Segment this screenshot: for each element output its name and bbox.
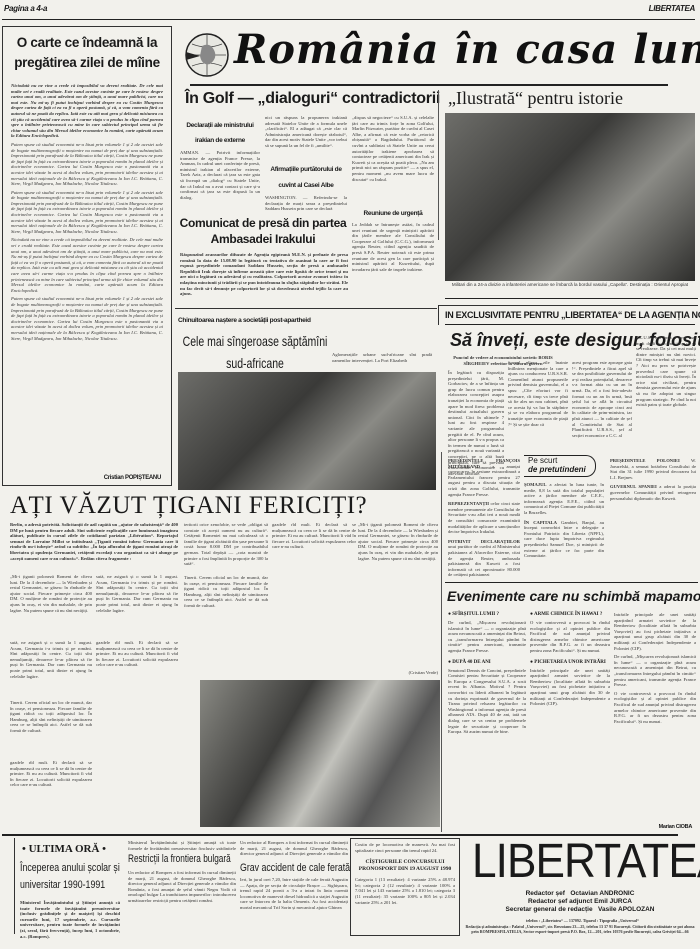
event-head: ● ARME CHIMICE ÎN HAWAI ? <box>530 612 610 617</box>
golf-sub-reuniune: Reuniune de urgență <box>352 210 434 217</box>
tigani-lead: Berlin, o adresă potrivită. Solicitanții… <box>10 522 178 561</box>
article-body: Putem spune că studiul economist ne-a lă… <box>11 142 163 187</box>
tigani-col2b: gazdele rîd mult. Ei declară să se mulțu… <box>96 640 178 668</box>
ilustrata-caption: Militari din a 24-a divizie a infanterie… <box>445 282 695 287</box>
editor-line: Redactor șef Octavian ANDRONIC <box>470 890 690 898</box>
africa-kicker: Chinuitoarea naștere a societății post-a… <box>178 317 311 324</box>
page-number: Pagina a 4-a <box>4 4 47 13</box>
golf-text-reuniune: La Jeddah se întrunește astăzi, în cadru… <box>352 222 434 272</box>
golf-text-amman: AMMAN. — Potrivit informațiilor transmis… <box>180 150 260 200</box>
ultima-ora-title: Începerea anului școlar și universitar 1… <box>20 860 124 894</box>
tigani-col1b: sută, ne asigură și o sumă la 1 august. … <box>10 640 92 679</box>
comunicat-body: Răspunzînd avansurilor difuzate de Agenț… <box>180 252 348 297</box>
evenimente-title: Evenimente care nu schimbă mapamondul, d… <box>447 588 700 604</box>
novosti-text-3: acest program este aproape gata !“. Preș… <box>572 360 632 438</box>
evenimente-col3: Intrările principale ale unei unități ap… <box>614 612 696 724</box>
event-text: Intrările principale ale unei unități ap… <box>530 668 610 707</box>
accident-text: Ieri, în jurul orei 7,20, între stațiile… <box>240 877 348 911</box>
ultima-ora-label: • ULTIMA ORĂ • <box>22 843 106 855</box>
paper-name: LIBERTATEA <box>649 4 695 13</box>
tigani-col4: Tinerii. Cerem oficial un loc de muncă, … <box>184 575 268 609</box>
restrictii-title: Restricții la frontiera bulgară <box>128 853 231 865</box>
accident-title: Grav accident de cale ferată <box>240 862 350 874</box>
tigani-signature: (Cristian Verde) <box>358 670 438 676</box>
masthead-footer-1: telefon : „Libertatea“ — 137092. Tiparul… <box>470 918 695 923</box>
pe-scurt-col1: PREȘEDINTELE FRANÇOIS MITTERRAND a anunț… <box>448 458 520 578</box>
deputy-line: Redactor șef adjunct Emil JURCA <box>470 898 690 906</box>
brief-text: a afectat în luna iunie, în medie, 8,8 l… <box>524 482 604 515</box>
restrictii-lead: Ministerul Învățămîntului și Științei an… <box>128 840 236 850</box>
masthead-name: LIBERTATEA <box>472 836 700 888</box>
pe-scurt-col3: PREȘEDINTELE POLONIEI W. Jaruzelski, a s… <box>610 458 696 501</box>
novosti-banner: IN EXCLUSIVITATE PENTRU „LIBERTATEA“ DE … <box>445 310 700 320</box>
tigani-photo <box>200 680 440 827</box>
pronosport-text: Categoria 1 (13 rezultate): 4 variante 2… <box>355 877 455 905</box>
africa-title: Cele mai sîngeroase săptămîni sud-africa… <box>180 330 330 374</box>
brief-head: REPREZENTANȚII <box>448 501 489 506</box>
evenimente-col2: ● ARME CHIMICE ÎN HAWAI ? O vie controve… <box>530 612 610 707</box>
ilustrata-title: „Ilustrată“ pentru istorie <box>448 88 623 109</box>
pronosport-box: Costin de pe locomotiva de manevră. Au m… <box>350 838 460 936</box>
tigani-col1d: gazdele rîd mult. Ei declară să se mulțu… <box>10 760 92 788</box>
pronosport-lead: Costin de pe locomotiva de manevră. Au m… <box>355 842 455 853</box>
brief-text: Gambiei, Banjul, au început convorbiri î… <box>524 520 604 559</box>
golf-text-col2: nici un răspuns la propunerea irakiană a… <box>265 115 347 149</box>
golf-sub-casa-alba: Afirmațiile purtătorului de cuvînt al Ca… <box>265 162 347 194</box>
event-head: ● DUPĂ 40 DE ANI <box>448 660 526 665</box>
golf-text-col3: „dispus să negocieze“ cu S.U.A. și celel… <box>352 115 434 182</box>
comunicat-title: Comunicat de presă din partea Ambasadei … <box>178 215 348 247</box>
article-body-cont3: Putem spune că studiul economist ne-a lă… <box>11 296 163 341</box>
tigani-col5b: „Mi-i țiganii poloneză Romeni de cîteva … <box>358 522 438 561</box>
brief-head: PREȘEDINTELE POLONIEI <box>610 458 680 463</box>
evenimente-author: Marian CIOBA <box>659 824 692 830</box>
evenimente-col1: ● SFÎRȘITUL LUMII ? De curînd, „Mișcarea… <box>448 612 526 735</box>
banner: România în casa lumii <box>178 28 698 82</box>
tigani-col5: gazdele rîd mult. Ei declară să se mulțu… <box>272 522 356 550</box>
globe-icon <box>184 32 230 78</box>
tigani-col3: teritorii orice xenofobie, se vede „obli… <box>184 522 268 567</box>
event-text: Intrările principale ale unei unități ap… <box>614 612 696 651</box>
africa-lead: Aglomerațiile urbane sud-africane sînt p… <box>332 352 432 363</box>
pe-scurt-col2: ȘOMAJUL a afectat în luna iunie, în medi… <box>524 482 604 559</box>
article-author: Cristian POPIȘTEANU <box>104 475 161 481</box>
accident-lead: Un redactor al Rompres a fost informat î… <box>240 840 348 856</box>
novosti-text-4: P.C.U.S., așa încît a avut mai mult decî… <box>636 335 696 408</box>
brief-head: ÎN CAPITALA <box>524 520 557 525</box>
banner-title: România în casa lumii <box>234 26 700 73</box>
pe-scurt-sub: de pretutindeni <box>528 465 595 475</box>
brief-text: celor cinci state membre permanente ale … <box>448 501 520 534</box>
pronosport-title: CÎȘTIGURILE CONCURSULUI PRONOSPORT DIN 1… <box>355 859 455 873</box>
tigani-title: AȚI VĂZUT ȚIGANI FERICIȚI? <box>10 492 367 520</box>
article-lead: Niciodată nu ne vine a crede că imposibi… <box>11 83 163 139</box>
ilustrata-photo <box>445 113 695 281</box>
brief-head: GUVERNUL SPANIEI <box>610 484 657 489</box>
event-head: ● SFÎRȘITUL LUMII ? <box>448 612 526 617</box>
masthead-footer-2: Redacția și administrația : Palatul „Uni… <box>462 924 698 934</box>
pe-scurt-label: Pe scurt <box>528 456 595 465</box>
event-text: O vie controversă a provocat în rîndul e… <box>530 620 610 654</box>
event-head: ● PICHETAREA UNOR INTRĂRI <box>530 660 610 665</box>
golf-title: În Golf — „dialoguri“ contradictorii <box>185 90 440 108</box>
masthead-staff: Redactor șef Octavian ANDRONIC Redactor … <box>470 890 690 914</box>
golf-text-washington: WASHINGTON. — Referindu-se la declarația… <box>265 195 347 212</box>
brief-head: POTRIVIT DECLARAȚIILOR <box>448 539 520 544</box>
ultima-ora-text: Ministerul Învățămîntului și Științei an… <box>20 900 120 939</box>
event-text: De curînd, „Mișcarea revoluționară islam… <box>614 654 696 688</box>
brief-text: a anunțat convocarea, în sesiune extraor… <box>448 464 520 497</box>
event-text: Senatorul Dennis de Concini, președintel… <box>448 668 526 735</box>
africa-box <box>175 308 437 309</box>
event-text: De curînd, „Mișcarea revoluționară islam… <box>448 620 526 654</box>
tigani-col1: „Mi-i țiganii poloneză Romeni de cîteva … <box>10 574 92 613</box>
brief-head: ȘOMAJUL <box>524 482 546 487</box>
tigani-col1c: Tinerii. Cerem oficial un loc de muncă, … <box>10 700 92 734</box>
pe-scurt-header: Pe scurt de pretutindeni <box>524 455 596 477</box>
africa-photo <box>178 372 436 490</box>
novosti-text-2: formal cîteva zile înainte întîlnirea me… <box>508 360 568 427</box>
brief-text: unui purtător de cuvînt al Ministerului … <box>448 544 520 577</box>
secretary-line: Secretar general de redacție Vasile APOL… <box>470 906 690 914</box>
restrictii-text: Un redactor al Rompres a fost informat î… <box>128 870 236 904</box>
article-title: O carte ce îndeamnă la pregătirea zilei … <box>11 33 163 73</box>
article-body-cont2: Niciodată nu ne vine a crede că imposibi… <box>11 237 163 293</box>
golf-sub-declaratii: Declarații ale ministrului irakian de ex… <box>180 118 260 148</box>
tigani-col2: sută, ne asigură și o sumă la 1 august. … <box>96 574 178 613</box>
article-body-cont: Putem spune că studiul economist ne-a lă… <box>11 190 163 235</box>
article-carte: O carte ce îndeamnă la pregătirea zilei … <box>2 26 172 486</box>
event-text: O vie controversă a provocat în rîndul e… <box>614 691 696 725</box>
